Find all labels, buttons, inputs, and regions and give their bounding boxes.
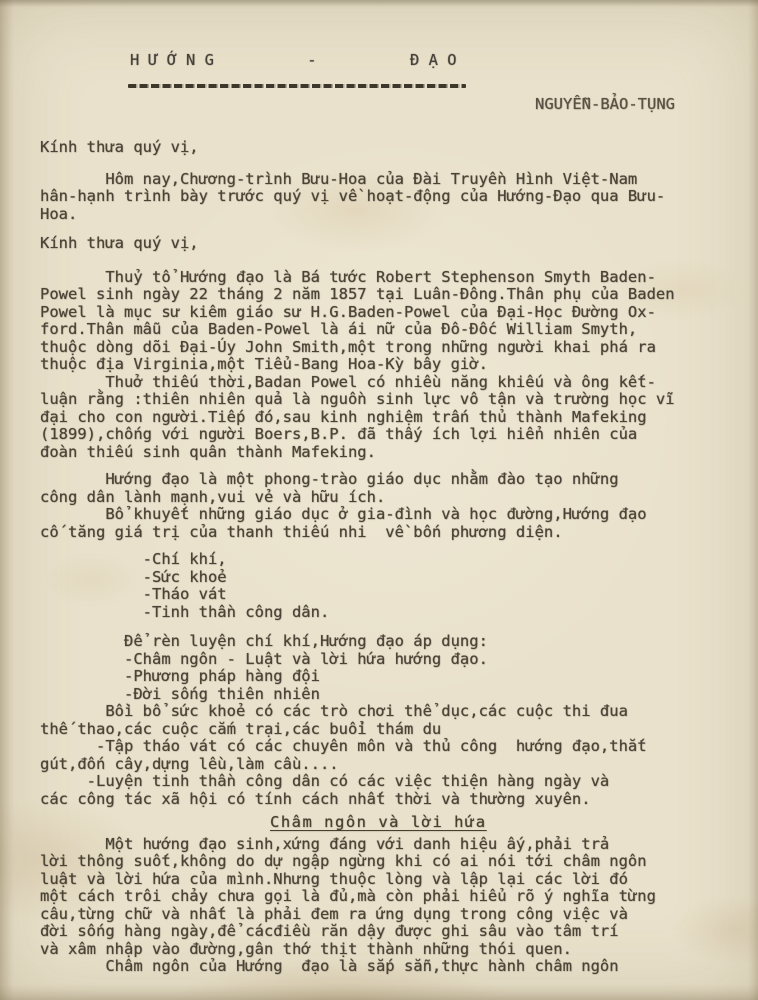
paragraph-education-movement: Hướng đạo là một phong-trào giáo dục nhằ…: [40, 471, 740, 541]
document-content: H Ư Ớ N G - Đ Ạ O NGUYỄN-BẢO-TỤNG Kính t…: [0, 0, 758, 976]
salutation-line-1: Kính thưa quý vị,: [40, 139, 740, 157]
paragraph-training-methods: Để rèn luyện chí khí,Hướng đạo áp dụng: …: [40, 633, 740, 808]
document-title: H Ư Ớ N G - Đ Ạ O: [130, 52, 740, 70]
section-heading-motto-and-promise: Châm ngôn và lời hứa: [270, 814, 487, 832]
paragraph-intro: Hôm nay,Chương-trình Bưu-Hoa của Đài Tru…: [40, 171, 740, 224]
scanned-document-page: H Ư Ớ N G - Đ Ạ O NGUYỄN-BẢO-TỤNG Kính t…: [0, 0, 758, 1000]
list-four-aspects: -Chí khí, -Sức khoẻ -Tháo vát -Tinh thần…: [40, 551, 740, 621]
title-underline-rule: [128, 84, 466, 88]
paragraph-history-baden-powell: Thuỷ tổ Hướng đạo là Bá tước Robert Step…: [40, 269, 740, 462]
salutation-line-2: Kính thưa quý vị,: [40, 235, 740, 253]
author-name: NGUYỄN-BẢO-TỤNG: [535, 96, 740, 114]
paragraph-motto: Một hướng đạo sinh,xứng đáng với danh hi…: [40, 836, 740, 976]
